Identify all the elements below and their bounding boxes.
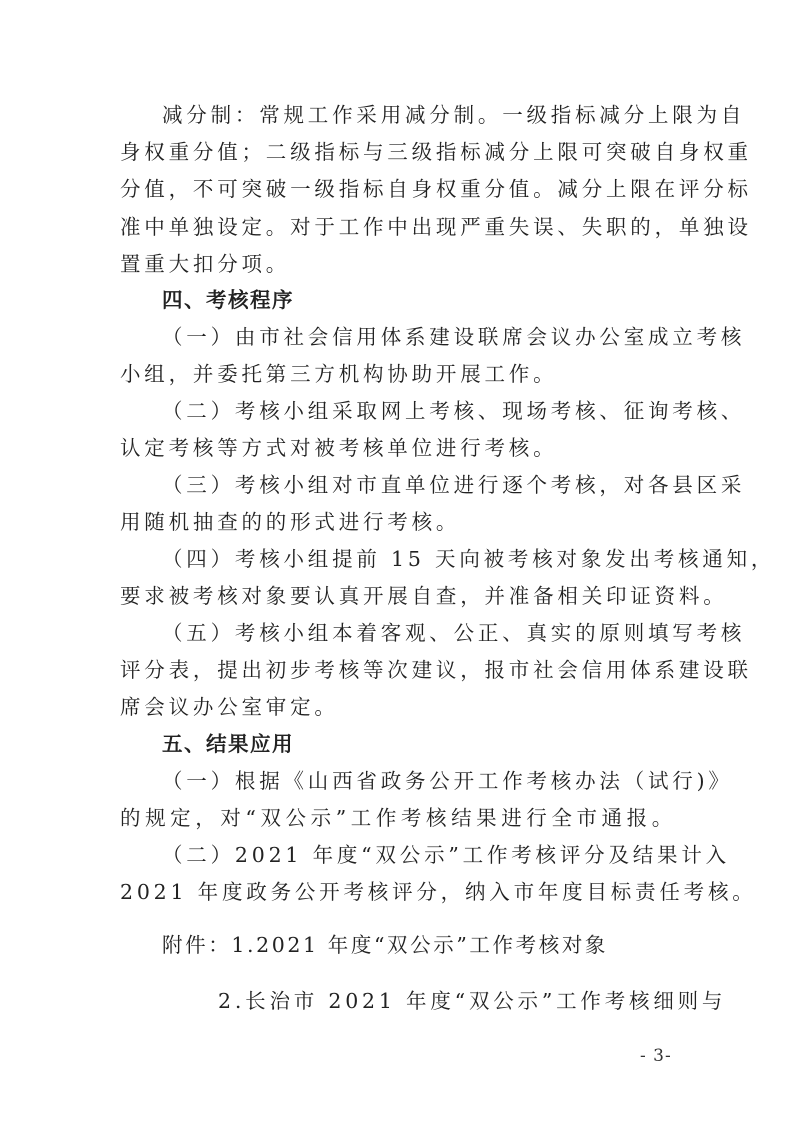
document-page: 减分制：常规工作采用减分制。一级指标减分上限为自 身权重分值；二级指标与三级指标… — [0, 0, 793, 1122]
paragraph-line: 身权重分值；二级指标与三级指标减分上限可突破自身权重 — [120, 139, 676, 165]
paragraph-line: 要求被考核对象要认真开展自查，并准备相关印证资料。 — [120, 583, 676, 609]
paragraph-line: （二）2021 年度“双公示”工作考核评分及结果计入 — [162, 842, 676, 868]
page-number: - 3- — [640, 1046, 672, 1066]
paragraph-line: 小组，并委托第三方机构协助开展工作。 — [120, 361, 676, 387]
paragraph-line: （四）考核小组提前 15 天向被考核对象发出考核通知， — [162, 546, 676, 572]
paragraph-line: （一）根据《山西省政务公开工作考核办法（试行)》 — [162, 768, 676, 794]
attachment-item: 1.2021 年度“双公示”工作考核对象 — [231, 933, 608, 957]
paragraph-line: 2021 年度政务公开考核评分，纳入市年度目标责任考核。 — [120, 879, 676, 905]
paragraph-line: 减分制：常规工作采用减分制。一级指标减分上限为自 — [162, 102, 676, 128]
paragraph-line: 分值，不可突破一级指标自身权重分值。减分上限在评分标 — [120, 176, 676, 202]
paragraph-line: （三）考核小组对市直单位进行逐个考核，对各县区采 — [162, 472, 676, 498]
paragraph-line: 用随机抽查的的形式进行考核。 — [120, 509, 676, 535]
paragraph-line: （一）由市社会信用体系建设联席会议办公室成立考核 — [162, 324, 676, 350]
paragraph-line: （二）考核小组采取网上考核、现场考核、征询考核、 — [162, 398, 676, 424]
paragraph-line: 准中单独设定。对于工作中出现严重失误、失职的，单独设 — [120, 214, 676, 240]
paragraph-line: 置重大扣分项。 — [120, 251, 676, 277]
attachments-label: 附件： — [162, 933, 231, 957]
attachment-item: 2.长治市 2021 年度“双公示”工作考核细则与 — [218, 988, 676, 1014]
paragraph-line: （五）考核小组本着客观、公正、真实的原则填写考核 — [162, 620, 676, 646]
section-heading: 四、考核程序 — [162, 287, 676, 313]
paragraph-line: 的规定，对“双公示”工作考核结果进行全市通报。 — [120, 805, 676, 831]
paragraph-line: 席会议办公室审定。 — [120, 694, 676, 720]
attachments-line: 附件：1.2021 年度“双公示”工作考核对象 — [162, 932, 608, 958]
paragraph-line: 认定考核等方式对被考核单位进行考核。 — [120, 435, 676, 461]
paragraph-line: 评分表，提出初步考核等次建议，报市社会信用体系建设联 — [120, 657, 676, 683]
section-heading: 五、结果应用 — [162, 731, 676, 757]
